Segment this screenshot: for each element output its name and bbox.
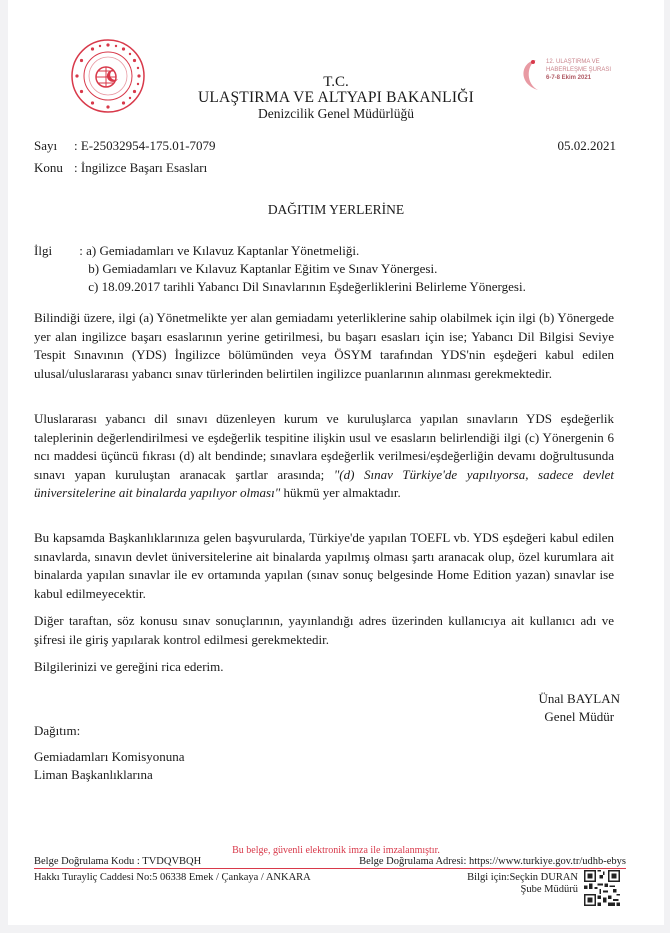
document-title: DAĞITIM YERLERİNE bbox=[8, 202, 664, 218]
contact-person: Bilgi için:Seçkin DURAN bbox=[467, 872, 578, 884]
body-paragraph-1: Bilindiği üzere, ilgi (a) Yönetmelikte y… bbox=[34, 309, 614, 383]
council-line1: 12. ULAŞTIRMA VE bbox=[546, 58, 611, 66]
signer-name: Ünal BAYLAN bbox=[539, 690, 621, 708]
office-address: Hakkı Turayliç Caddesi No:5 06338 Emek /… bbox=[34, 872, 311, 883]
reference-item: : a) Gemiadamları ve Kılavuz Kaptanlar Y… bbox=[79, 242, 526, 260]
subject-label: Konu bbox=[34, 160, 74, 176]
verification-code: Belge Doğrulama Kodu : TVDQVBQH bbox=[34, 856, 201, 867]
number-value: : E-25032954-175.01-7079 bbox=[74, 138, 216, 153]
signer-title: Genel Müdür bbox=[539, 708, 621, 726]
body-paragraph-2: Uluslararası yabancı dil sınavı düzenley… bbox=[34, 410, 614, 503]
references: İlgi : a) Gemiadamları ve Kılavuz Kaptan… bbox=[34, 242, 526, 296]
document-subject: Konu: İngilizce Başarı Esasları bbox=[34, 160, 207, 176]
reference-item: c) 18.09.2017 tarihli Yabancı Dil Sınavl… bbox=[79, 278, 526, 296]
distribution-label: Dağıtım: bbox=[34, 722, 185, 740]
signature-block: Ünal BAYLAN Genel Müdür bbox=[539, 690, 621, 726]
distribution-item: Gemiadamları Komisyonuna bbox=[34, 748, 185, 766]
distribution-item: Liman Başkanlıklarına bbox=[34, 766, 185, 784]
reference-item: b) Gemiadamları ve Kılavuz Kaptanlar Eği… bbox=[79, 260, 526, 278]
council-line2: HABERLEŞME ŞURASI bbox=[546, 66, 611, 74]
body-paragraph-3: Bu kapsamda Başkanlıklarınıza gelen başv… bbox=[34, 529, 614, 603]
distribution-list: Dağıtım: Gemiadamları Komisyonuna Liman … bbox=[34, 722, 185, 784]
council-logo: 12. ULAŞTIRMA VE HABERLEŞME ŞURASI 6-7-8… bbox=[516, 52, 636, 98]
references-label: İlgi bbox=[34, 242, 76, 260]
council-line3: 6-7-8 Ekim 2021 bbox=[546, 74, 611, 82]
esign-note: Bu belge, güvenli elektronik imza ile im… bbox=[8, 845, 664, 856]
paragraph-text: hükmü yer almaktadır. bbox=[280, 485, 401, 500]
body-paragraph-4: Diğer taraftan, söz konusu sınav sonuçla… bbox=[34, 612, 614, 649]
subject-value: : İngilizce Başarı Esasları bbox=[74, 160, 207, 175]
contact-info: Bilgi için:Seçkin DURAN Şube Müdürü bbox=[467, 872, 578, 896]
contact-title: Şube Müdürü bbox=[467, 884, 578, 896]
crescent-star-icon bbox=[516, 54, 542, 94]
document-page: T.C. ULAŞTIRMA VE ALTYAPI BAKANLIĞI Deni… bbox=[8, 0, 664, 925]
document-number: Sayı: E-25032954-175.01-7079 bbox=[34, 138, 216, 154]
closing-line: Bilgilerinizi ve gereğini rica ederim. bbox=[34, 658, 614, 677]
document-date: 05.02.2021 bbox=[558, 138, 617, 154]
qr-code-icon bbox=[584, 870, 620, 906]
header-department: Denizcilik Genel Müdürlüğü bbox=[8, 106, 664, 122]
verification-row: Belge Doğrulama Kodu : TVDQVBQH Belge Do… bbox=[34, 856, 626, 869]
verification-address[interactable]: Belge Doğrulama Adresi: https://www.turk… bbox=[359, 856, 626, 867]
number-label: Sayı bbox=[34, 138, 74, 154]
